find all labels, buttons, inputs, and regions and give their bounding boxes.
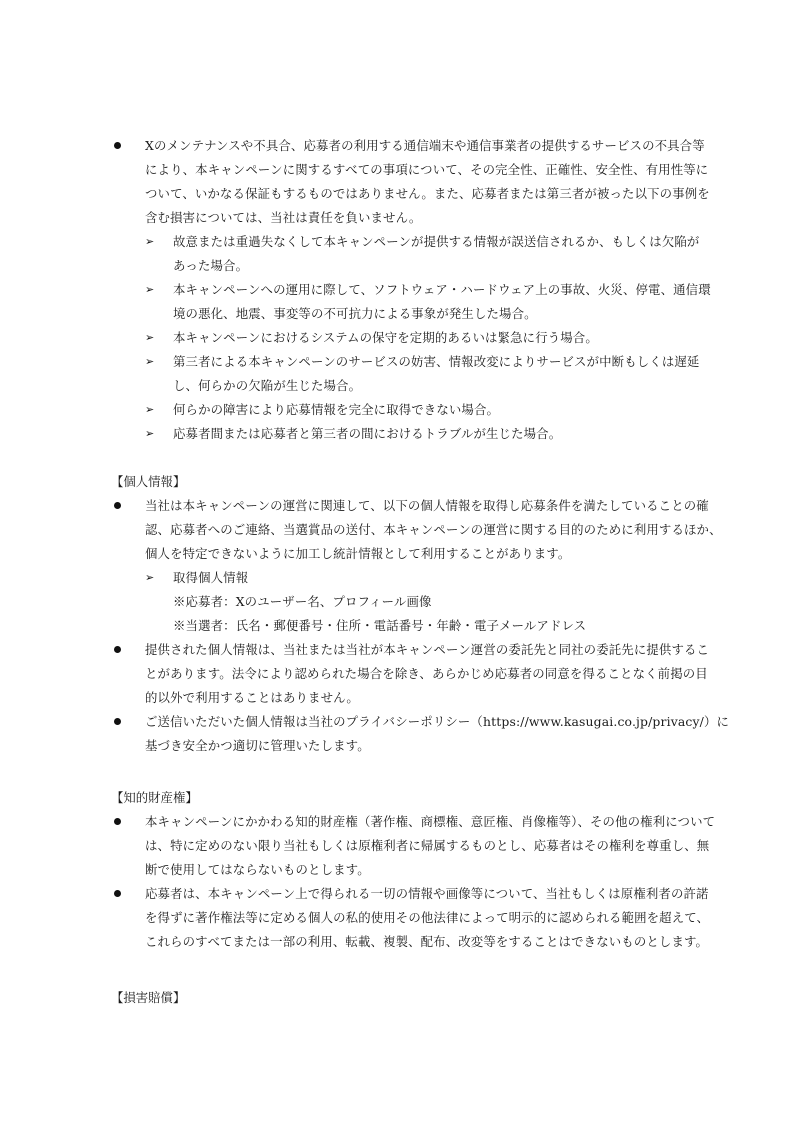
paragraph-line: これらのすべてまたは一部の利用、転載、複製、配布、改変等をすることはできないもの… xyxy=(145,934,708,950)
bullet-icon xyxy=(114,718,121,725)
document-page: Xのメンテナンスや不具合、応募者の利用する通信端末や通信事業者の提供するサービス… xyxy=(0,0,800,1131)
paragraph-line: ついて、いかなる保証もするものではありません。また、応募者または第三者が被った以… xyxy=(145,186,710,202)
arrow-bullet-icon: ➢ xyxy=(145,282,154,298)
bullet-icon xyxy=(114,818,121,825)
section-heading-damages: 【損害賠償】 xyxy=(111,990,185,1006)
arrow-bullet-icon: ➢ xyxy=(145,234,154,250)
sub-item-line: 境の悪化、地震、事変等の不可抗力による事象が発生した場合。 xyxy=(173,306,537,322)
arrow-bullet-icon: ➢ xyxy=(145,570,154,586)
bullet-icon xyxy=(114,890,121,897)
paragraph-line: 基づき安全かつ適切に管理いたします。 xyxy=(145,738,370,754)
sub-item-line: あった場合。 xyxy=(173,258,248,274)
paragraph-line: ご送信いただいた個人情報は当社のプライバシーポリシー（https://www.k… xyxy=(145,714,729,730)
paragraph-line: により、本キャンペーンに関するすべての事項について、その完全性、正確性、安全性、… xyxy=(145,162,708,178)
paragraph-line: 当社は本キャンペーンの運営に関連して、以下の個人情報を取得し応募条件を満たしてい… xyxy=(145,498,709,514)
bullet-icon xyxy=(114,502,121,509)
bullet-icon xyxy=(114,142,121,149)
arrow-bullet-icon: ➢ xyxy=(145,426,154,442)
paragraph-line: とがあります。法令により認められた場合を除き、あらかじめ応募者の同意を得ることな… xyxy=(145,666,708,682)
sub-item-line: 応募者間または応募者と第三者の間におけるトラブルが生じた場合。 xyxy=(173,426,561,442)
sub-item-line: 本キャンペーンへの運用に際して、ソフトウェア・ハードウェア上の事故、火災、停電、… xyxy=(173,282,711,298)
section-heading-personal-info: 【個人情報】 xyxy=(111,474,185,490)
paragraph-line: 的以外で利用することはありません。 xyxy=(145,690,359,706)
sub-item-line: 第三者による本キャンペーンのサービスの妨害、情報改変によりサービスが中断もしくは… xyxy=(173,354,699,370)
arrow-bullet-icon: ➢ xyxy=(145,402,154,418)
note-line: ※応募者：Xのユーザー名、プロフィール画像 xyxy=(173,594,432,610)
paragraph-line: を得ずに著作権法等に定める個人の私的使用その他法律によって明示的に認められる範囲… xyxy=(145,910,709,926)
paragraph-line: 断で使用してはならないものとします。 xyxy=(145,862,370,878)
paragraph-line: 個人を特定できないように加工し統計情報として利用することがあります。 xyxy=(145,546,570,562)
arrow-bullet-icon: ➢ xyxy=(145,354,154,370)
sub-item-line: 故意または重過失なくして本キャンペーンが提供する情報が誤送信されるか、もしくは欠… xyxy=(173,234,699,250)
section-heading-intellectual-property: 【知的財産権】 xyxy=(111,790,198,806)
sub-item-line: 何らかの障害により応募情報を完全に取得できない場合。 xyxy=(173,402,499,418)
sub-item-line: し、何らかの欠陥が生じた場合。 xyxy=(173,378,361,394)
paragraph-line: 提供された個人情報は、当社または当社が本キャンペーン運営の委託先と同社の委託先に… xyxy=(145,642,709,658)
arrow-bullet-icon: ➢ xyxy=(145,330,154,346)
paragraph-line: 本キャンペーンにかかわる知的財産権（著作権、商標権、意匠権、肖像権等）、その他の… xyxy=(145,814,715,830)
sub-item-line: 本キャンペーンにおけるシステムの保守を定期的あるいは緊急に行う場合。 xyxy=(173,330,598,346)
paragraph-line: Xのメンテナンスや不具合、応募者の利用する通信端末や通信事業者の提供するサービス… xyxy=(145,138,705,154)
paragraph-line: 応募者は、本キャンペーン上で得られる一切の情報や画像等について、当社もしくは原権… xyxy=(145,886,709,902)
paragraph-line: は、特に定めのない限り当社もしくは原権利者に帰属するものとし、応募者はその権利を… xyxy=(145,838,709,854)
note-line: ※当選者：氏名・郵便番号・住所・電話番号・年齢・電子メールアドレス xyxy=(173,618,586,634)
sub-item-label: 取得個人情報 xyxy=(173,570,248,586)
paragraph-line: 認、応募者へのご連絡、当選賞品の送付、本キャンペーンの運営に関する目的のために利… xyxy=(145,522,722,538)
paragraph-line: 含む損害については、当社は責任を負いません。 xyxy=(145,210,421,226)
bullet-icon xyxy=(114,646,121,653)
